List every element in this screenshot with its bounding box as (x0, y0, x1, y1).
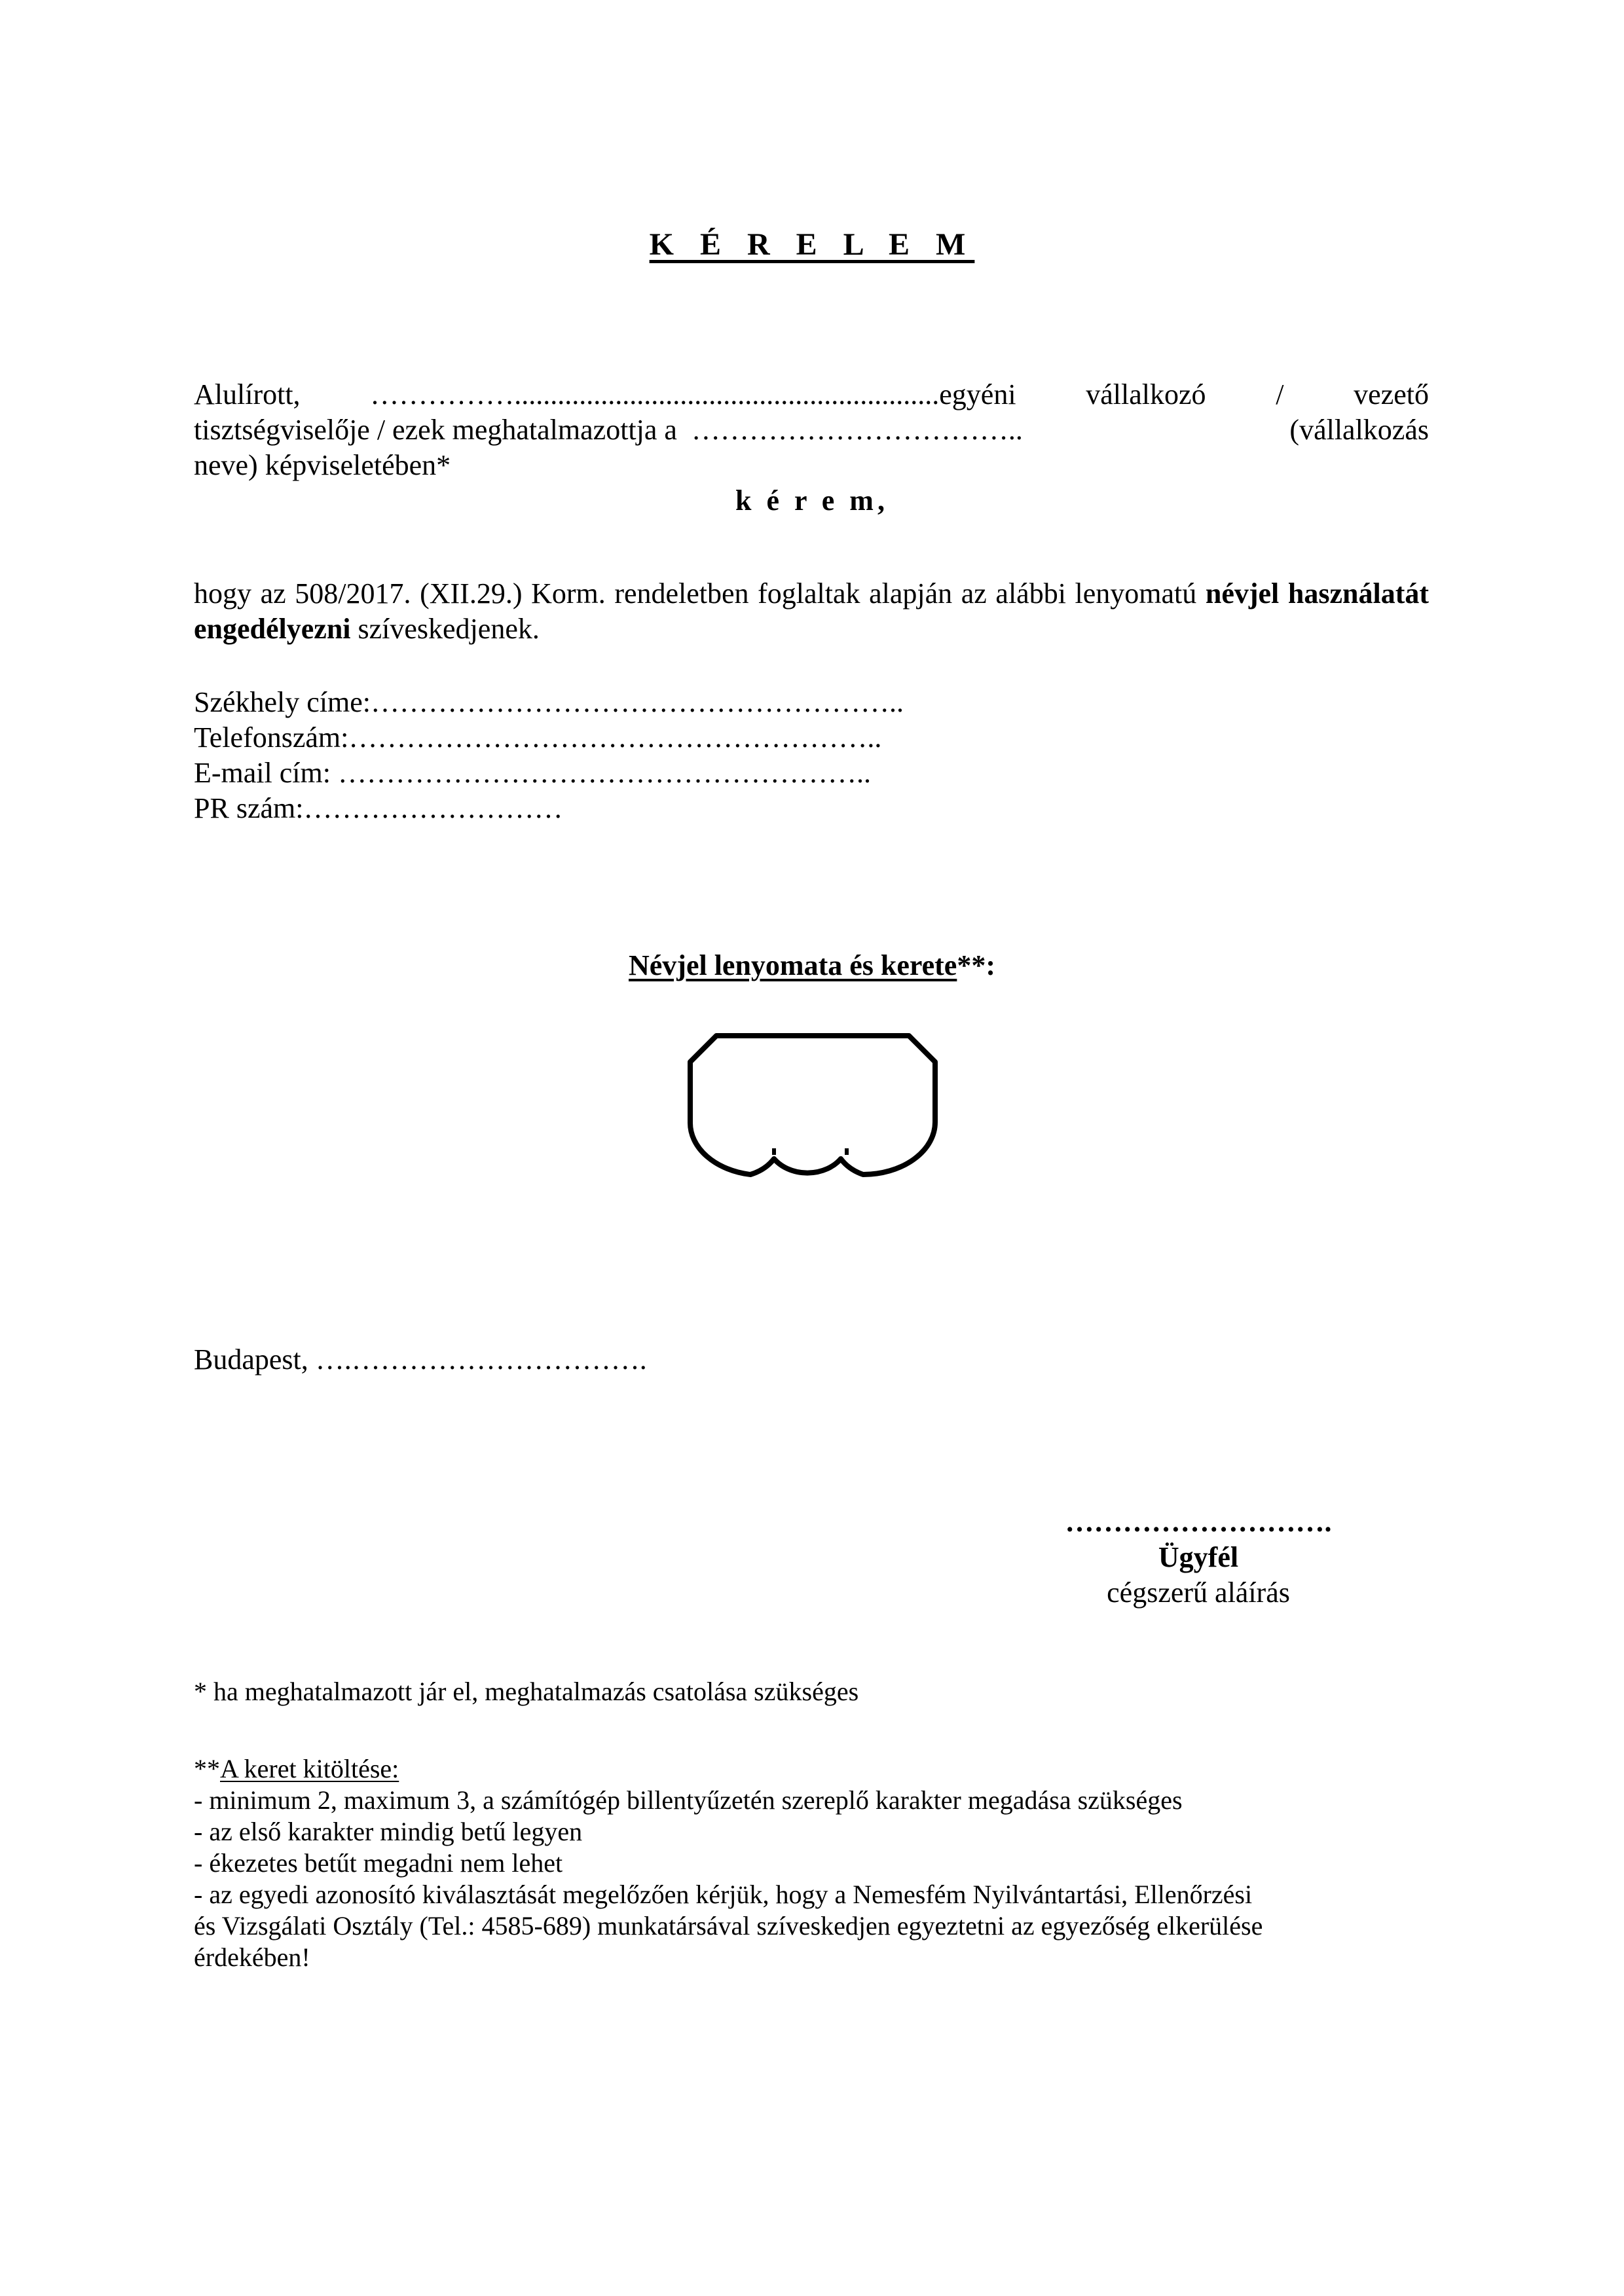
date-blank[interactable]: ….…………………………. (316, 1343, 647, 1376)
instruction-item: - minimum 2, maximum 3, a számítógép bil… (194, 1785, 1438, 1816)
pr-number-blank[interactable]: ……………………… (303, 792, 563, 824)
instruction-item: érdekében! (194, 1942, 1438, 1973)
field-label: E-mail cím: (194, 757, 338, 789)
request-text-end: szíveskedjenek. (351, 613, 540, 645)
name-blank[interactable]: ……………...................................… (370, 377, 1016, 412)
request-verb: k é r e m, (0, 483, 1624, 519)
nameplate-frame-icon[interactable] (686, 1030, 940, 1185)
footnote-frame-instructions: **A keret kitöltése: - minimum 2, maximu… (194, 1753, 1438, 1973)
place-label: Budapest, (194, 1343, 316, 1376)
signature-blank[interactable]: ………………………. (1022, 1504, 1375, 1540)
intro-paragraph: Alulírott, ……………........................… (194, 377, 1429, 483)
field-label: PR szám: (194, 792, 303, 824)
undersigned-label: Alulírott, (194, 377, 301, 412)
place-date-line: Budapest, ….…………………………. (194, 1342, 1429, 1377)
business-name-blank[interactable]: tisztségviselője / ezek meghatalmazottja… (194, 412, 1023, 448)
intro-slash: / (1276, 377, 1283, 412)
footnote-heading: **A keret kitöltése: (194, 1753, 1438, 1785)
request-paragraph: hogy az 508/2017. (XII.29.) Korm. rendel… (194, 576, 1429, 647)
instruction-item: - ékezetes betűt megadni nem lehet (194, 1848, 1438, 1879)
title-text: K É R E L E M (650, 227, 975, 262)
field-email: E-mail cím: ……………………………………………….. (194, 756, 1429, 791)
field-label: Telefonszám: (194, 721, 348, 754)
intro-line-2: tisztségviselője / ezek meghatalmazottja… (194, 412, 1429, 448)
field-phone: Telefonszám:……………………………………………….. (194, 720, 1429, 756)
instruction-item: - az első karakter mindig betű legyen (194, 1816, 1438, 1848)
instruction-item: és Vizsgálati Osztály (Tel.: 4585-689) m… (194, 1910, 1438, 1942)
phone-blank[interactable]: ……………………………………………….. (348, 721, 881, 754)
email-blank[interactable]: ……………………………………………….. (338, 757, 871, 789)
intro-word: vezető (1354, 377, 1429, 412)
intro-word: vállalkozó (1086, 377, 1206, 412)
intro-line-1: Alulírott, ……………........................… (194, 377, 1429, 412)
frame-title-underlined: Névjel lenyomata és kerete (629, 949, 957, 981)
intro-word: (vállalkozás (1289, 412, 1429, 448)
document-title: K É R E L E M (0, 225, 1624, 264)
footnote-prefix: ** (194, 1754, 220, 1783)
signature-name: Ügyfél (1022, 1540, 1375, 1575)
field-seat-address: Székhely címe:……………………………………………….. (194, 685, 1429, 720)
frame-section-title: Névjel lenyomata és kerete**: (0, 948, 1624, 983)
signature-caption: cégszerű aláírás (1022, 1575, 1375, 1611)
footnote-heading-text: A keret kitöltése: (220, 1754, 399, 1783)
field-pr-number: PR szám:……………………… (194, 791, 1429, 826)
instruction-item: - az egyedi azonosító kiválasztását mege… (194, 1879, 1438, 1910)
contact-fields: Székhely címe:……………………………………………….. Telef… (194, 685, 1429, 826)
request-bold-1: névjel (1206, 577, 1279, 610)
seat-address-blank[interactable]: ……………………………………………….. (371, 686, 904, 718)
footnote-power-of-attorney: * ha meghatalmazott jár el, meghatalmazá… (194, 1676, 1438, 1707)
intro-line-3: neve) képviseletében* (194, 448, 1429, 483)
field-label: Székhely címe: (194, 686, 371, 718)
frame-title-suffix: **: (957, 949, 995, 981)
signature-block: ………………………. Ügyfél cégszerű aláírás (1022, 1504, 1375, 1611)
request-text: hogy az 508/2017. (XII.29.) Korm. rendel… (194, 577, 1206, 610)
